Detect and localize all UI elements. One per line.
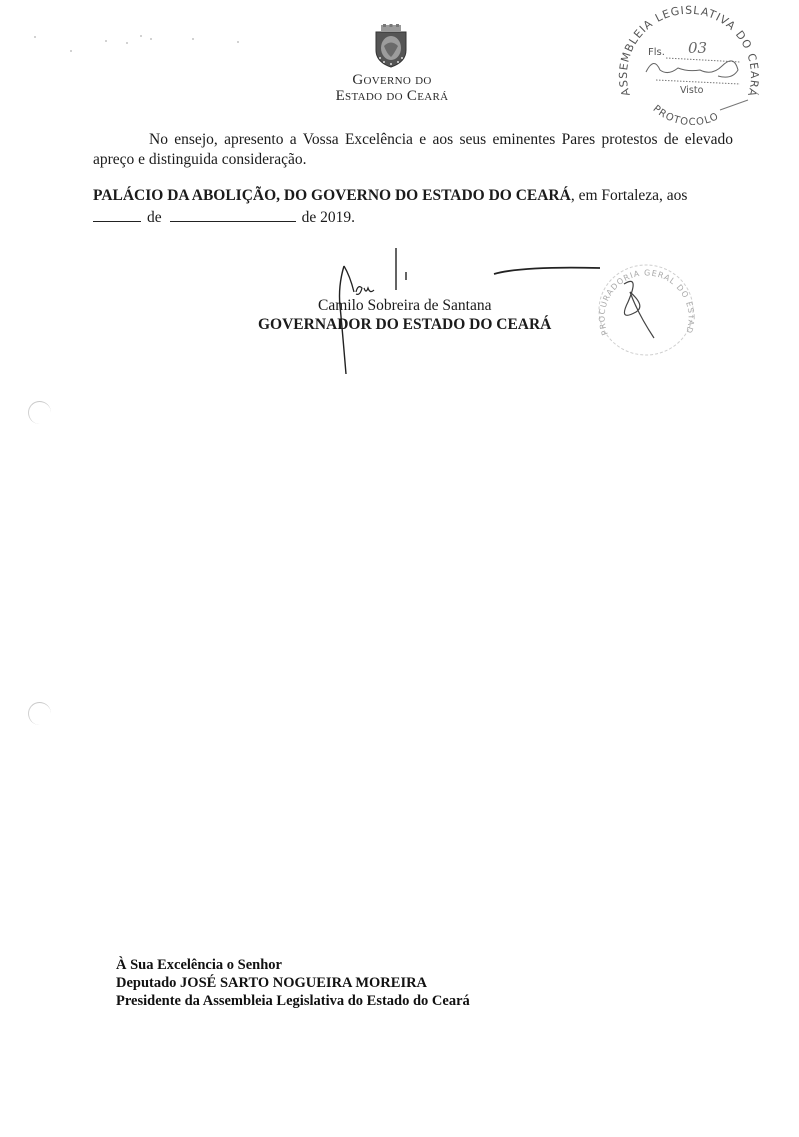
- palace-location-line: PALÁCIO DA ABOLIÇÃO, DO GOVERNO DO ESTAD…: [93, 186, 733, 206]
- letterhead-estado: Estado do Ceará: [300, 88, 484, 105]
- month-blank: [170, 207, 296, 222]
- addressee-name: Deputado JOSÉ SARTO NOGUEIRA MOREIRA: [116, 975, 427, 992]
- pge-stamp: PROCURADORIA GERAL DO ESTADO: [594, 262, 698, 358]
- svg-text:Fls.: Fls.: [648, 47, 665, 58]
- closing-paragraph-text: No ensejo, apresento a Vossa Excelência …: [93, 131, 733, 168]
- letterhead-governo: Governo do: [300, 72, 484, 89]
- signature-stroke: [492, 262, 602, 276]
- signer-title: GOVERNADOR DO ESTADO DO CEARÁ: [258, 315, 551, 335]
- scan-speck: [126, 42, 128, 44]
- state-coat-of-arms-icon: [372, 24, 410, 68]
- date-year: de 2019.: [302, 209, 355, 226]
- scan-speck: [140, 35, 142, 37]
- date-line: dede 2019.: [93, 207, 355, 228]
- scan-speck: [192, 38, 194, 40]
- svg-text:PROCURADORIA GERAL DO ESTADO: PROCURADORIA GERAL DO ESTADO: [594, 262, 696, 336]
- scan-speck: [237, 41, 239, 43]
- palace-city: , em Fortaleza, aos: [571, 187, 688, 204]
- scan-speck: [34, 36, 36, 38]
- closing-paragraph: No ensejo, apresento a Vossa Excelência …: [93, 130, 733, 170]
- scan-speck: [70, 50, 72, 52]
- punch-hole: [28, 702, 51, 725]
- signer-name: Camilo Sobreira de Santana: [318, 296, 491, 316]
- addressee-position: Presidente da Assembleia Legislativa do …: [116, 993, 470, 1010]
- svg-text:PROTOCOLO: PROTOCOLO: [651, 103, 721, 125]
- protocol-stamp: ASSEMBLEIA LEGISLATIVA DO CEARÁ PROTOCOL…: [608, 0, 766, 125]
- scan-speck: [150, 38, 152, 40]
- punch-hole: [28, 401, 51, 424]
- day-blank: [93, 207, 141, 222]
- palace-name: PALÁCIO DA ABOLIÇÃO, DO GOVERNO DO ESTAD…: [93, 187, 571, 204]
- svg-text:03: 03: [688, 39, 707, 57]
- addressee-salutation: À Sua Excelência o Senhor: [116, 957, 282, 974]
- svg-text:Visto: Visto: [680, 85, 704, 96]
- scan-speck: [105, 40, 107, 42]
- date-de: de: [147, 209, 162, 226]
